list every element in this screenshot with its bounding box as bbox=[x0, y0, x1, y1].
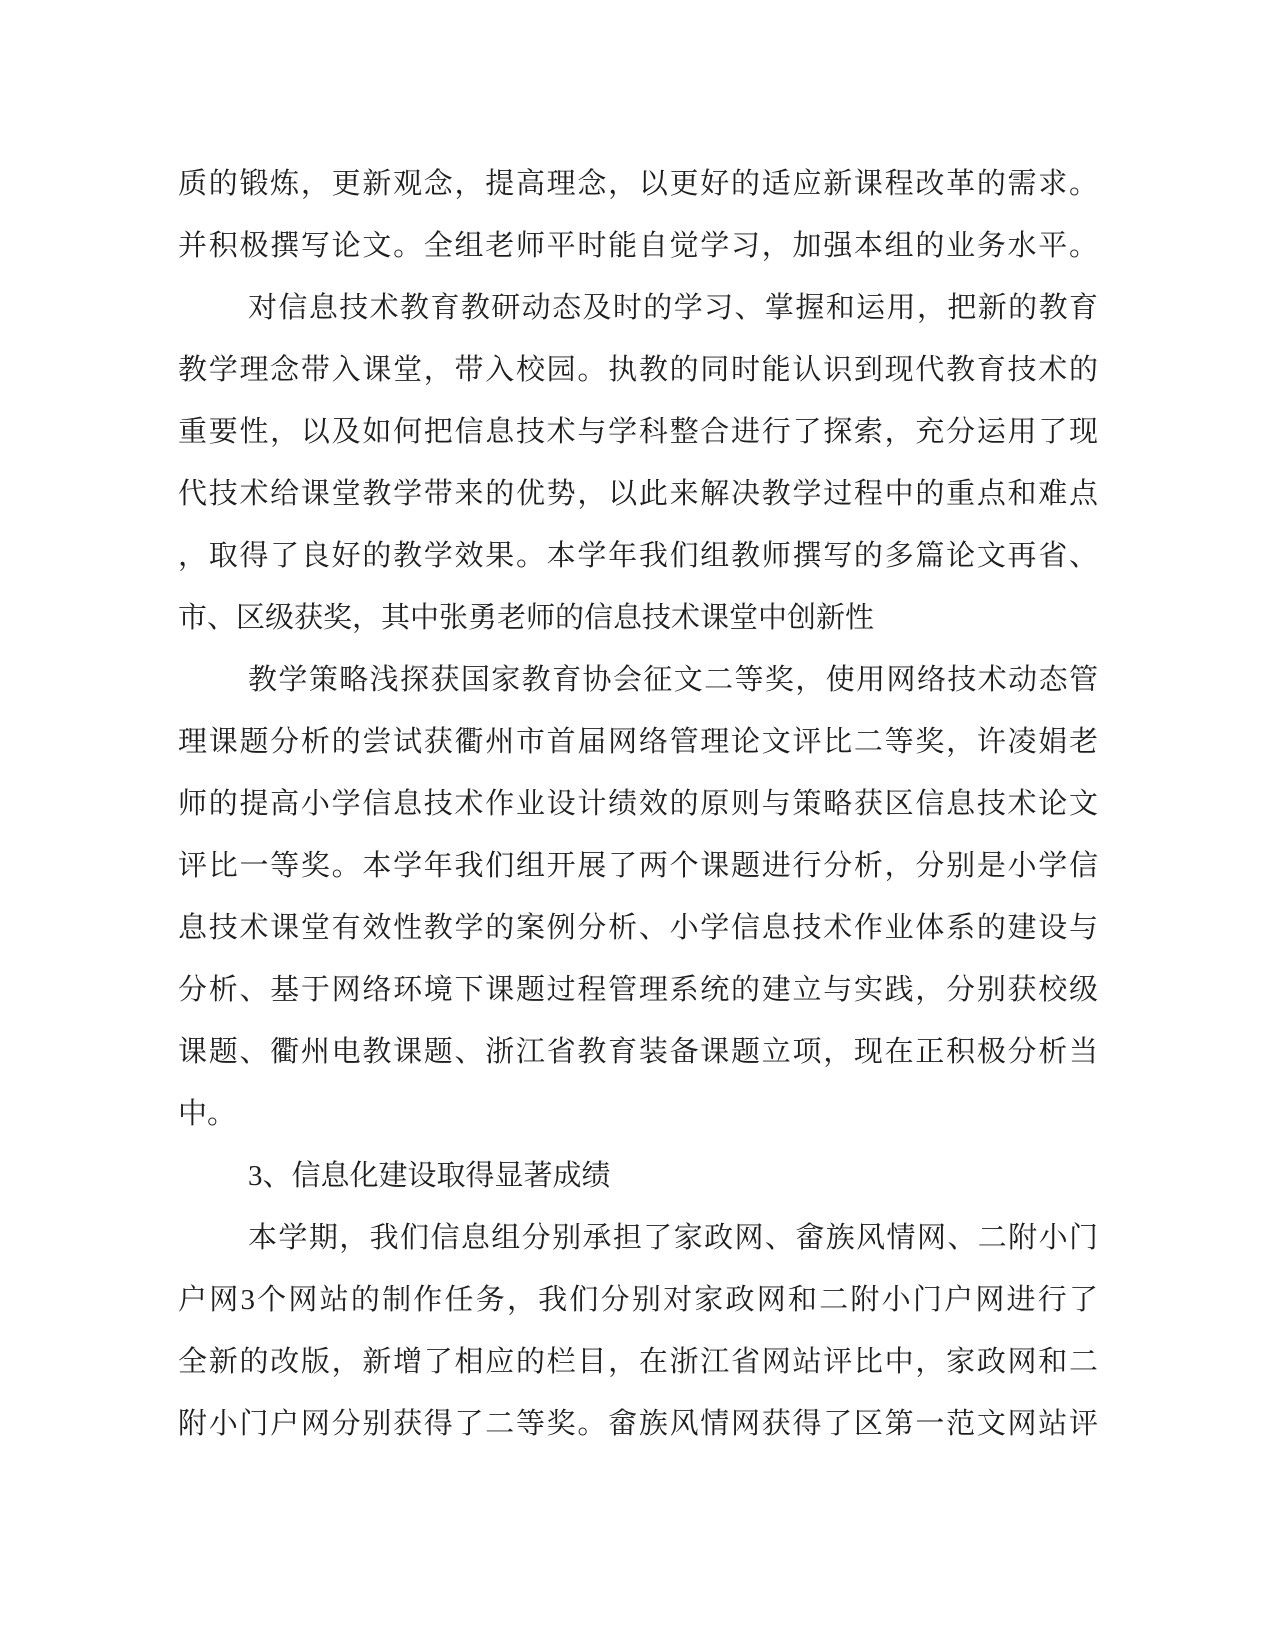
text-line: 理课题分析的尝试获衢州市首届网络管理论文评比二等奖，许凌娟老 bbox=[178, 711, 1098, 773]
heading-line: 3、信息化建设取得显著成绩 bbox=[178, 1145, 1098, 1207]
text-line: 质的锻炼，更新观念，提高理念，以更好的适应新课程改革的需求。 bbox=[178, 153, 1098, 215]
text-line: 教学理念带入课堂，带入校园。执教的同时能认识到现代教育技术的 bbox=[178, 339, 1098, 401]
text-line: 中。 bbox=[178, 1083, 1098, 1145]
text-line: 户网3个网站的制作任务，我们分别对家政网和二附小门户网进行了 bbox=[178, 1269, 1098, 1331]
paragraph: 对信息技术教育教研动态及时的学习、掌握和运用，把新的教育 教学理念带入课堂，带入… bbox=[178, 277, 1098, 649]
text-line: ，取得了良好的教学效果。本学年我们组教师撰写的多篇论文再省、 bbox=[178, 525, 1098, 587]
text-line: 课题、衢州电教课题、浙江省教育装备课题立项，现在正积极分析当 bbox=[178, 1021, 1098, 1083]
text-line: 息技术课堂有效性教学的案例分析、小学信息技术作业体系的建设与 bbox=[178, 897, 1098, 959]
document-page: 质的锻炼，更新观念，提高理念，以更好的适应新课程改革的需求。 并积极撰写论文。全… bbox=[0, 0, 1275, 1650]
paragraph: 教学策略浅探获国家教育协会征文二等奖，使用网络技术动态管 理课题分析的尝试获衢州… bbox=[178, 649, 1098, 1145]
text-line: 市、区级获奖，其中张勇老师的信息技术课堂中创新性 bbox=[178, 587, 1098, 649]
text-line: 师的提高小学信息技术作业设计绩效的原则与策略获区信息技术论文 bbox=[178, 773, 1098, 835]
text-line: 附小门户网分别获得了二等奖。畲族风情网获得了区第一范文网站评 bbox=[178, 1393, 1098, 1455]
text-line: 并积极撰写论文。全组老师平时能自觉学习，加强本组的业务水平。 bbox=[178, 215, 1098, 277]
text-line: 全新的改版，新增了相应的栏目，在浙江省网站评比中，家政网和二 bbox=[178, 1331, 1098, 1393]
text-line: 对信息技术教育教研动态及时的学习、掌握和运用，把新的教育 bbox=[178, 277, 1098, 339]
paragraph: 质的锻炼，更新观念，提高理念，以更好的适应新课程改革的需求。 并积极撰写论文。全… bbox=[178, 153, 1098, 277]
text-line: 本学期，我们信息组分别承担了家政网、畲族风情网、二附小门 bbox=[178, 1207, 1098, 1269]
text-line: 分析、基于网络环境下课题过程管理系统的建立与实践，分别获校级 bbox=[178, 959, 1098, 1021]
text-line: 重要性，以及如何把信息技术与学科整合进行了探索，充分运用了现 bbox=[178, 401, 1098, 463]
text-line: 评比一等奖。本学年我们组开展了两个课题进行分析，分别是小学信 bbox=[178, 835, 1098, 897]
text-line: 代技术给课堂教学带来的优势，以此来解决教学过程中的重点和难点 bbox=[178, 463, 1098, 525]
section-heading: 3、信息化建设取得显著成绩 bbox=[178, 1145, 1098, 1207]
paragraph: 本学期，我们信息组分别承担了家政网、畲族风情网、二附小门 户网3个网站的制作任务… bbox=[178, 1207, 1098, 1455]
text-line: 教学策略浅探获国家教育协会征文二等奖，使用网络技术动态管 bbox=[178, 649, 1098, 711]
